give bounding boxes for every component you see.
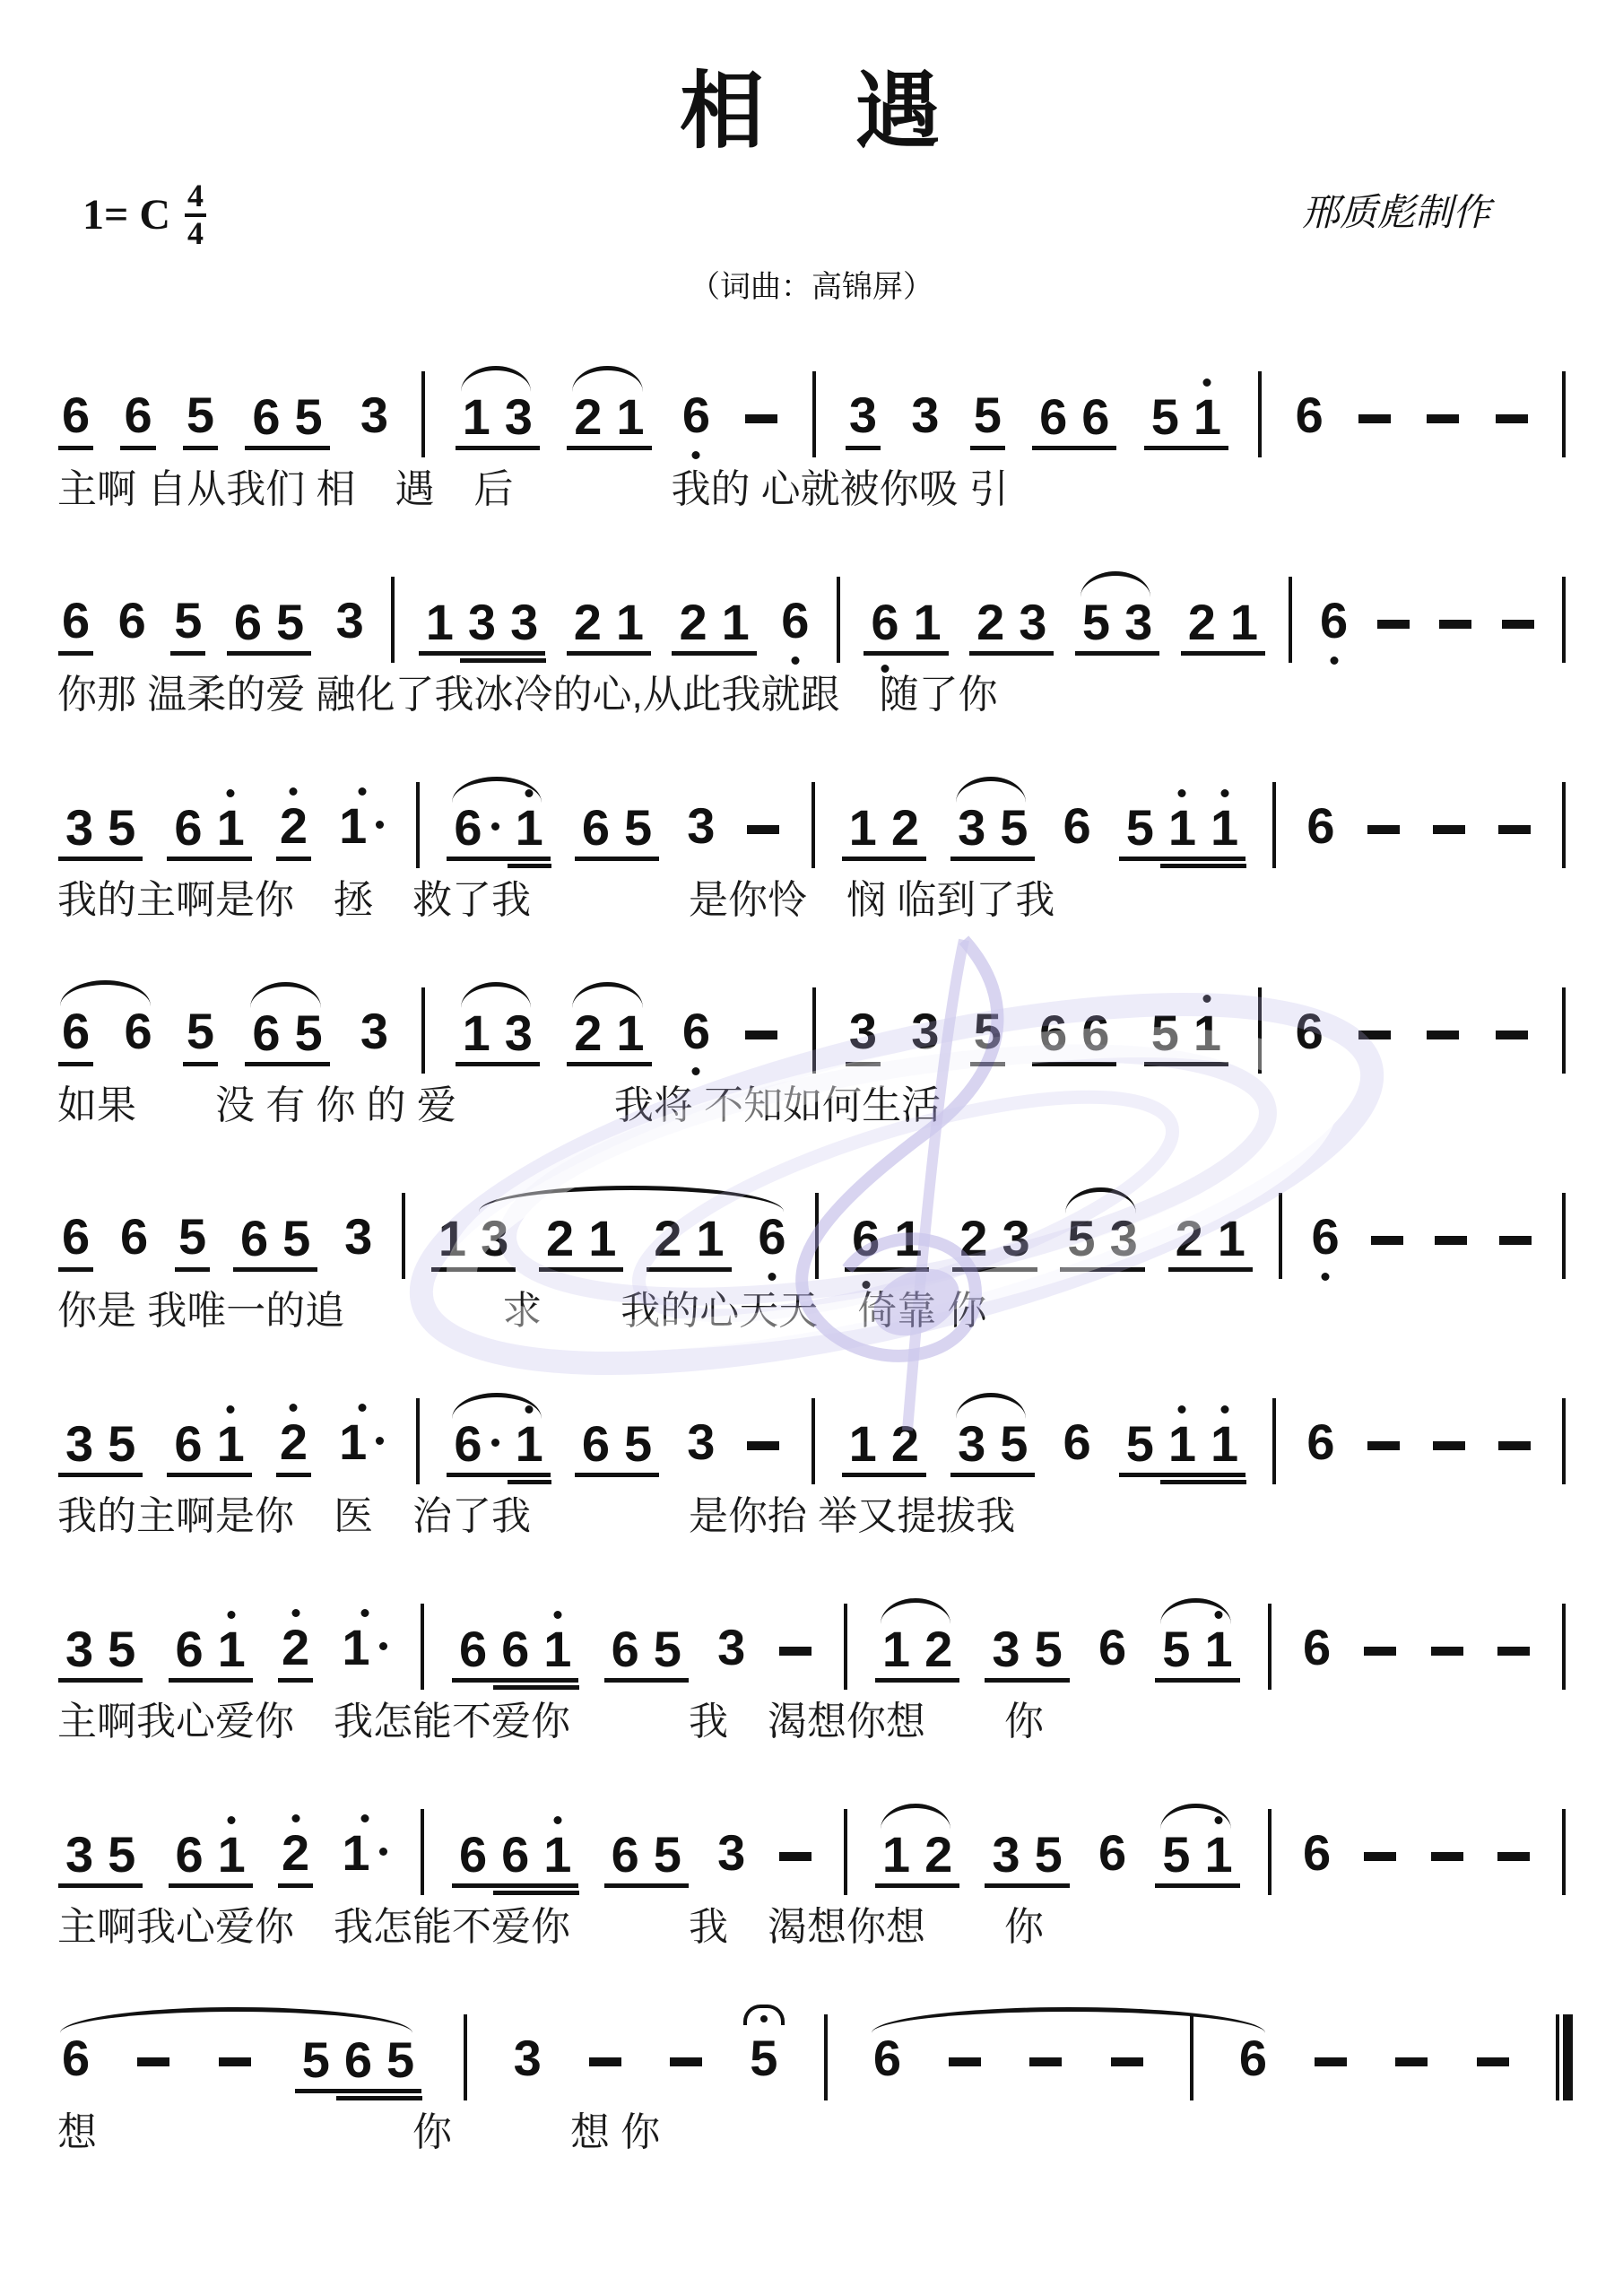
beam-group: 65 xyxy=(575,1417,659,1477)
note: 5 xyxy=(170,594,205,656)
octave-dot-high xyxy=(361,1814,369,1822)
note: 6 xyxy=(1078,390,1113,446)
note: 5 xyxy=(1123,1417,1158,1473)
beam-group: 35 xyxy=(58,1417,143,1477)
slur-arc xyxy=(572,982,642,1008)
note: 5 xyxy=(291,390,325,446)
note: 1 xyxy=(459,1006,494,1062)
barline xyxy=(844,1604,847,1690)
beam-group: 61 xyxy=(167,801,251,861)
note: 6 xyxy=(1095,1826,1130,1888)
barline xyxy=(815,1193,819,1279)
note: 6 xyxy=(58,388,93,450)
note: 6 xyxy=(679,388,714,450)
beam-group: 12 xyxy=(842,1417,926,1477)
note: 2 xyxy=(650,1212,685,1267)
beam-group: 35 xyxy=(985,1622,1069,1683)
note: 6 xyxy=(870,2031,905,2093)
duration-dash xyxy=(1498,1441,1531,1450)
lyrics-row: 主啊 自从我们 相 遇 后 我的 心就被你吸 引 xyxy=(57,465,1576,514)
note: 2 xyxy=(278,1621,313,1683)
barline xyxy=(1258,371,1262,457)
note: 1 xyxy=(890,1212,925,1267)
beam-group: 61 xyxy=(864,596,948,656)
note: 1 xyxy=(540,1622,575,1678)
beam-group: 35 xyxy=(58,1828,143,1888)
slur-arc xyxy=(1065,1187,1135,1213)
beam-group: 13 xyxy=(456,390,540,450)
note: 3 xyxy=(714,1826,749,1888)
duration-dash xyxy=(1497,1852,1530,1861)
octave-dot-high xyxy=(1203,378,1211,387)
note: 3 xyxy=(846,1004,881,1066)
note: 5 xyxy=(183,1004,218,1066)
note: 5 xyxy=(279,1212,314,1267)
duration-dash xyxy=(670,2057,702,2066)
note: 6 xyxy=(1316,594,1351,656)
duration-dash xyxy=(747,1441,779,1450)
note: 3 xyxy=(683,1415,718,1477)
barline xyxy=(811,782,815,868)
barline xyxy=(1562,782,1566,868)
score-line: 6656531321633566516如果 没 有 你 的 爱 我将 不知如何生… xyxy=(50,961,1576,1130)
duration-dash xyxy=(745,414,777,423)
note: 5 xyxy=(650,1828,685,1883)
note: 6 xyxy=(1299,1826,1334,1888)
beam-group: 21 xyxy=(672,596,756,656)
barline xyxy=(421,371,425,457)
barline xyxy=(1258,987,1262,1074)
augmentation-dot xyxy=(379,1642,387,1650)
note: 2 xyxy=(570,1006,605,1062)
beam-group: 565 xyxy=(295,2033,421,2093)
augmentation-dot xyxy=(491,1439,499,1447)
note: 2 xyxy=(888,1417,923,1473)
note: 6 xyxy=(248,1006,283,1062)
octave-dot-high xyxy=(228,1816,236,1824)
duration-dash xyxy=(1364,1647,1396,1656)
beam-group: 61 xyxy=(169,1828,253,1888)
barline xyxy=(844,1809,847,1895)
slur-arc xyxy=(881,1598,950,1624)
note: 6 xyxy=(1036,390,1071,446)
note: 6 xyxy=(58,1004,93,1066)
note: 5 xyxy=(996,801,1031,857)
note: 6 xyxy=(450,1417,504,1473)
notes-row: 65653566 xyxy=(50,1987,1576,2093)
slur-arc xyxy=(1081,571,1150,597)
beam-group: 21 xyxy=(567,390,651,450)
note: 2 xyxy=(570,390,605,446)
note: 3 xyxy=(954,1417,989,1473)
slur-arc xyxy=(461,982,531,1008)
note: 2 xyxy=(570,596,605,651)
note: 1 xyxy=(1190,1006,1225,1062)
key-signature: 1= C xyxy=(82,190,170,239)
note: 3 xyxy=(1107,1212,1141,1267)
duration-dash xyxy=(1111,2057,1143,2066)
note: 1 xyxy=(335,799,389,861)
barline xyxy=(416,782,420,868)
octave-dot-high xyxy=(359,787,367,796)
slur-arc xyxy=(60,980,151,1006)
beam-group: 21 xyxy=(647,1212,731,1272)
octave-dot-high xyxy=(290,1404,298,1412)
beam-group: 511 xyxy=(1119,801,1245,861)
note: 5 xyxy=(1063,1212,1098,1267)
note: 5 xyxy=(104,801,139,857)
slur-arc xyxy=(872,2007,1265,2033)
beam-group: 21 xyxy=(567,1006,651,1066)
note: 6 xyxy=(456,1828,490,1883)
time-signature: 4 4 xyxy=(185,179,206,251)
barline xyxy=(1289,577,1292,663)
notes-row: 6656531321633566516 xyxy=(50,961,1576,1066)
score-line: 35612161653123565116我的主啊是你 拯 救了我 是你怜 悯 临… xyxy=(50,755,1576,925)
note: 3 xyxy=(907,1004,942,1066)
note: 2 xyxy=(921,1622,956,1678)
barline xyxy=(391,577,395,663)
lyrics-row: 你那 温柔的爱 融化了我冰冷的心,从此我就跟 随了你 xyxy=(57,670,1576,719)
sheet-music-page: 相 遇 1= C 4 4 邢质彪制作 （词曲：高锦屏） 665653132163… xyxy=(0,0,1623,2296)
slur-arc xyxy=(452,1393,541,1419)
barline xyxy=(1268,1604,1271,1690)
note: 2 xyxy=(973,596,1008,651)
song-title: 相 遇 xyxy=(0,43,1623,164)
duration-dash xyxy=(1431,1852,1463,1861)
beam-group: 35 xyxy=(58,1622,143,1683)
duration-dash xyxy=(589,2057,621,2066)
barline xyxy=(1562,1193,1566,1279)
octave-dot-high xyxy=(1178,1405,1186,1413)
barline xyxy=(824,2014,828,2100)
score-line: 66565313321216612353216你那 温柔的爱 融化了我冰冷的心,… xyxy=(50,550,1576,719)
beam-group: 65 xyxy=(245,1006,329,1066)
note: 1 xyxy=(213,801,248,857)
duration-dash xyxy=(1029,2057,1062,2066)
slur-arc xyxy=(479,1186,784,1212)
duration-dash xyxy=(1498,825,1531,834)
octave-dot-low xyxy=(862,1281,870,1289)
beam-group: 65 xyxy=(245,390,329,450)
note: 3 xyxy=(62,1622,97,1678)
score-line: 35612166165312356516主啊我心爱你 我怎能不爱你 我 渴想你想… xyxy=(50,1782,1576,1952)
barline xyxy=(837,577,840,663)
note: 1 xyxy=(214,1828,249,1883)
duration-dash xyxy=(1435,1236,1467,1245)
note: 6 xyxy=(867,596,902,651)
beam-group: 661 xyxy=(452,1622,578,1683)
augmentation-dot xyxy=(379,1848,387,1856)
note: 5 xyxy=(104,1622,139,1678)
note: 5 xyxy=(621,1417,655,1473)
octave-dot-low xyxy=(1322,1273,1330,1281)
octave-dot-high xyxy=(1203,995,1211,1003)
beam-group: 65 xyxy=(575,801,659,861)
note: 6 xyxy=(341,2033,376,2089)
note-fermata: 5 xyxy=(746,2031,781,2093)
beam-group: 65 xyxy=(233,1212,317,1272)
note: 5 xyxy=(970,388,1005,450)
beam-group: 21 xyxy=(1181,596,1265,656)
duration-dash xyxy=(1367,1441,1400,1450)
duration-dash xyxy=(1496,1031,1528,1039)
duration-dash xyxy=(1371,1236,1403,1245)
lyrics-row: 如果 没 有 你 的 爱 我将 不知如何生活 xyxy=(57,1081,1576,1130)
note: 3 xyxy=(683,799,718,861)
barline xyxy=(402,1193,405,1279)
barline xyxy=(811,1398,815,1484)
slur-arc xyxy=(452,777,541,803)
barline xyxy=(1562,1809,1566,1895)
beam-group: 51 xyxy=(1144,1006,1228,1066)
note: 5 xyxy=(650,1622,685,1678)
note: 6 xyxy=(248,390,283,446)
octave-dot-low xyxy=(881,665,889,673)
note: 1 xyxy=(1201,1622,1236,1678)
note: 1 xyxy=(1165,801,1200,857)
slur-arc xyxy=(60,2007,412,2033)
octave-dot-low xyxy=(768,1273,776,1281)
note: 2 xyxy=(956,1212,991,1267)
augmentation-dot xyxy=(376,821,384,829)
note: 6 xyxy=(120,388,155,450)
note: 3 xyxy=(477,1212,512,1267)
key-time-signature: 1= C 4 4 xyxy=(82,179,206,251)
note: 5 xyxy=(970,1004,1005,1066)
note: 6 xyxy=(608,1828,643,1883)
note: 6 xyxy=(58,1210,93,1272)
duration-dash xyxy=(219,2057,251,2066)
note: 6 xyxy=(608,1622,643,1678)
octave-dot-low xyxy=(692,451,700,459)
note: 1 xyxy=(1190,390,1225,446)
note: 6 xyxy=(1095,1621,1130,1683)
octave-dot-high xyxy=(291,1814,299,1822)
note: 5 xyxy=(1148,1006,1183,1062)
note: 1 xyxy=(612,596,647,651)
lyrics-row: 主啊我心爱你 我怎能不爱你 我 渴想你想 你 xyxy=(57,1697,1576,1746)
notes-row: 35612166165312356516 xyxy=(50,1782,1576,1888)
score-line: 6656531321633566516主啊 自从我们 相 遇 后 我的 心就被你… xyxy=(50,344,1576,514)
beam-group: 133 xyxy=(419,596,545,656)
note: 6 xyxy=(679,1004,714,1066)
duration-dash xyxy=(1367,825,1400,834)
note: 6 xyxy=(170,801,205,857)
barline xyxy=(1562,1398,1566,1484)
note: 3 xyxy=(954,801,989,857)
duration-dash xyxy=(1496,414,1528,423)
slur-arc xyxy=(881,1804,950,1830)
note: 6 xyxy=(578,801,613,857)
note: 3 xyxy=(62,1417,97,1473)
note: 5 xyxy=(1159,1622,1193,1678)
octave-dot-high xyxy=(228,1611,236,1619)
note: 6 xyxy=(848,1212,883,1267)
note: 6 xyxy=(1236,2031,1271,2093)
note: 1 xyxy=(612,390,647,446)
note: 6 xyxy=(1303,1415,1338,1477)
note: 1 xyxy=(540,1828,575,1883)
beam-group: 23 xyxy=(952,1212,1037,1272)
beam-group: 21 xyxy=(567,596,651,656)
note: 3 xyxy=(333,594,368,656)
note: 1 xyxy=(1227,596,1262,651)
duration-dash xyxy=(1502,620,1534,629)
note: 3 xyxy=(1121,596,1156,651)
note: 1 xyxy=(879,1828,914,1883)
barline xyxy=(421,987,425,1074)
note: 6 xyxy=(120,1004,155,1066)
barline xyxy=(1272,782,1276,868)
note: 6 xyxy=(498,1622,533,1678)
notes-row: 35612161653123565116 xyxy=(50,1371,1576,1477)
score-line: 6656531321216612353216你是 我唯一的追 求 我的心天天 倚… xyxy=(50,1166,1576,1335)
note: 2 xyxy=(1185,596,1219,651)
lyrics-row: 主啊我心爱你 我怎能不爱你 我 渴想你想 你 xyxy=(57,1902,1576,1952)
slur-arc xyxy=(956,777,1026,803)
note: 5 xyxy=(1031,1828,1066,1883)
note: 2 xyxy=(675,596,710,651)
duration-dash xyxy=(1477,2057,1509,2066)
note: 5 xyxy=(104,1417,139,1473)
octave-dot-high xyxy=(359,1404,367,1412)
note: 1 xyxy=(1207,801,1242,857)
note: 5 xyxy=(299,2033,334,2089)
barline xyxy=(1279,1193,1282,1279)
note: 5 xyxy=(183,388,218,450)
note: 5 xyxy=(1159,1828,1193,1883)
duration-dash xyxy=(949,2057,981,2066)
note: 6 xyxy=(237,1212,272,1267)
note: 1 xyxy=(422,596,457,651)
notes-row: 6656531321633566516 xyxy=(50,344,1576,450)
duration-dash xyxy=(779,1647,811,1656)
beam-group: 53 xyxy=(1060,1212,1144,1272)
note: 2 xyxy=(1172,1212,1207,1267)
note: 1 xyxy=(1214,1212,1249,1267)
note: 1 xyxy=(435,1212,470,1267)
duration-dash xyxy=(1358,414,1391,423)
final-barline xyxy=(1556,2014,1573,2100)
barline xyxy=(416,1398,420,1484)
octave-dot-high xyxy=(1220,789,1228,797)
note: 6 xyxy=(230,596,265,651)
note: 1 xyxy=(1165,1417,1200,1473)
beam-group: 12 xyxy=(842,801,926,861)
note: 6 xyxy=(498,1828,533,1883)
duration-dash xyxy=(747,825,779,834)
barline xyxy=(464,2014,467,2100)
beam-group: 51 xyxy=(1144,390,1228,450)
slur-arc xyxy=(250,982,320,1008)
note: 1 xyxy=(214,1622,249,1678)
note: 6 xyxy=(1292,388,1327,450)
octave-dot-high xyxy=(553,1611,561,1619)
lyrics-row: 我的主啊是你 拯 救了我 是你怜 悯 临到了我 xyxy=(57,875,1576,925)
slur-arc xyxy=(572,366,642,392)
note: 3 xyxy=(341,1210,376,1272)
arranger-credit: 邢质彪制作 xyxy=(1302,183,1490,237)
duration-dash xyxy=(779,1852,811,1861)
time-denominator: 4 xyxy=(187,217,204,251)
note: 3 xyxy=(62,1828,97,1883)
note: 3 xyxy=(501,1006,536,1062)
beam-group: 66 xyxy=(1032,390,1116,450)
octave-dot-high xyxy=(227,1405,235,1413)
beam-group: 21 xyxy=(539,1212,623,1272)
barline xyxy=(421,1809,424,1895)
notes-row: 35612161653123565116 xyxy=(50,755,1576,861)
note: 1 xyxy=(512,1417,547,1473)
note: 5 xyxy=(1079,596,1114,651)
notes-row: 66565313321216612353216 xyxy=(50,550,1576,656)
note: 3 xyxy=(464,596,499,651)
note: 3 xyxy=(907,388,942,450)
note: 6 xyxy=(1059,1415,1094,1477)
score-line: 35612161653123565116我的主啊是你 医 治了我 是你抬 举又提… xyxy=(50,1371,1576,1541)
slur-arc xyxy=(1160,1804,1230,1830)
beam-group: 21 xyxy=(1168,1212,1253,1272)
note: 1 xyxy=(718,596,753,651)
octave-dot-low xyxy=(692,1067,700,1075)
barline xyxy=(812,987,816,1074)
note: 3 xyxy=(714,1621,749,1683)
beam-group: 53 xyxy=(1075,596,1159,656)
lyrics-row: 想 你 想 你 xyxy=(57,2108,1576,2157)
beam-group: 35 xyxy=(950,801,1035,861)
duration-dash xyxy=(745,1031,777,1039)
note: 6 xyxy=(450,801,504,857)
note: 5 xyxy=(383,2033,418,2089)
score-line: 35612166165312356516主啊我心爱你 我怎能不爱你 我 渴想你想… xyxy=(50,1577,1576,1746)
note: 1 xyxy=(910,596,945,651)
duration-dash xyxy=(1395,2057,1428,2066)
note: 2 xyxy=(888,801,923,857)
note: 6 xyxy=(172,1828,207,1883)
time-numerator: 4 xyxy=(185,179,206,217)
beam-group: 65 xyxy=(604,1622,689,1683)
beam-group: 35 xyxy=(950,1417,1035,1477)
note: 6 xyxy=(115,594,150,656)
note: 5 xyxy=(175,1210,210,1272)
note: 2 xyxy=(921,1828,956,1883)
note: 6 xyxy=(1299,1621,1334,1683)
octave-dot-high xyxy=(1178,789,1186,797)
note: 6 xyxy=(456,1622,490,1678)
beam-group: 65 xyxy=(604,1828,689,1888)
note: 6 xyxy=(117,1210,152,1272)
augmentation-dot xyxy=(491,822,499,831)
score-line: 65653566想 你 想 你 xyxy=(50,1987,1576,2157)
note: 3 xyxy=(507,596,542,651)
note: 5 xyxy=(1148,390,1183,446)
note: 6 xyxy=(1078,1006,1113,1062)
duration-dash xyxy=(1431,1647,1463,1656)
beam-group: 61 xyxy=(167,1417,251,1477)
note: 3 xyxy=(846,388,881,450)
lyrics-row: 我的主啊是你 医 治了我 是你抬 举又提拔我 xyxy=(57,1492,1576,1541)
note: 2 xyxy=(276,1415,311,1477)
note: 1 xyxy=(459,390,494,446)
beam-group: 35 xyxy=(985,1828,1069,1888)
note: 5 xyxy=(1123,801,1158,857)
barline xyxy=(1272,1398,1276,1484)
beam-group: 61 xyxy=(845,1212,929,1272)
beam-group: 51 xyxy=(1155,1622,1239,1683)
note: 6 xyxy=(1308,1210,1343,1272)
barline xyxy=(1268,1809,1271,1895)
